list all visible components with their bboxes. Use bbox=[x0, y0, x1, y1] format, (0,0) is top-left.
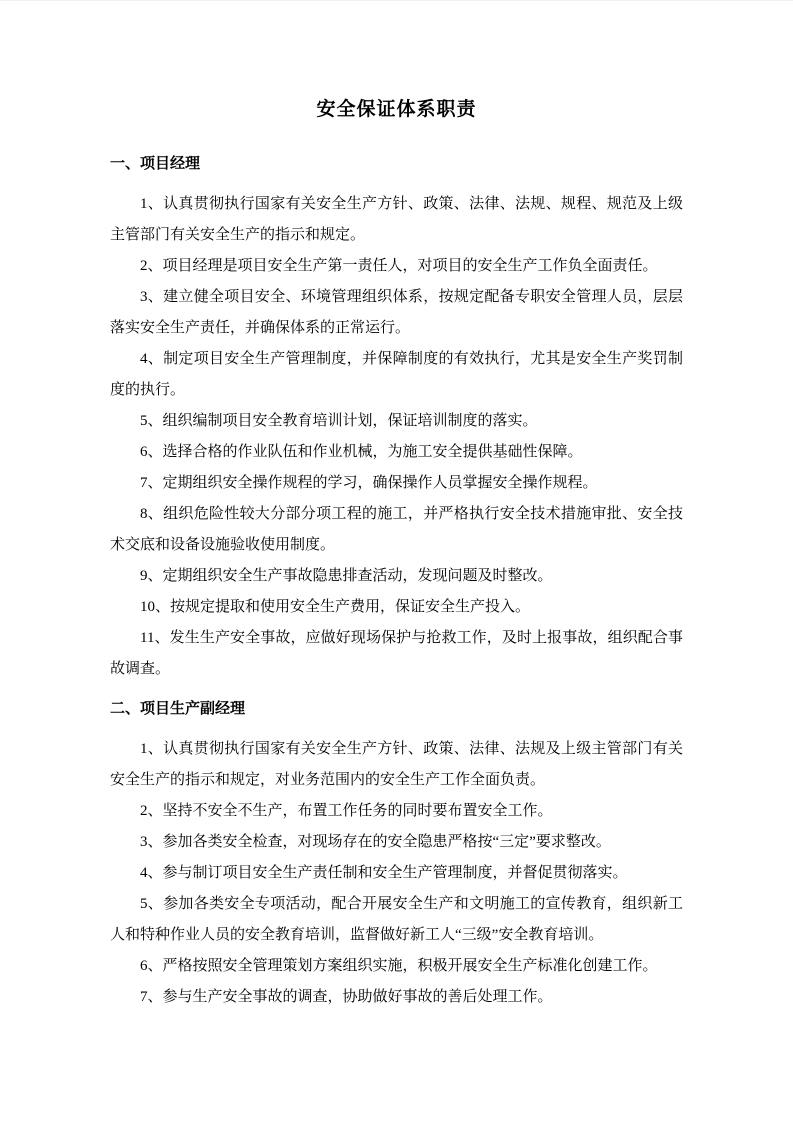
section-1-item-5: 5、组织编制项目安全教育培训计划，保证培训制度的落实。 bbox=[110, 406, 683, 437]
section-1-item-4: 4、制定项目安全生产管理制度，并保障制度的有效执行，尤其是安全生产奖罚制度的执行… bbox=[110, 344, 683, 406]
section-1-item-7: 7、定期组织安全操作规程的学习，确保操作人员掌握安全操作规程。 bbox=[110, 468, 683, 499]
section-2-item-7: 7、参与生产安全事故的调查，协助做好事故的善后处理工作。 bbox=[110, 982, 683, 1013]
section-1-item-1: 1、认真贯彻执行国家有关安全生产方针、政策、法律、法规、规程、规范及上级主管部门… bbox=[110, 189, 683, 251]
document-content: 安全保证体系职责 一、项目经理 1、认真贯彻执行国家有关安全生产方针、政策、法律… bbox=[0, 1, 793, 1013]
section-1-item-2: 2、项目经理是项目安全生产第一责任人，对项目的安全生产工作负全面责任。 bbox=[110, 251, 683, 282]
section-2-item-5: 5、参加各类安全专项活动，配合开展安全生产和文明施工的宣传教育，组织新工人和特种… bbox=[110, 889, 683, 951]
section-1-item-3: 3、建立健全项目安全、环境管理组织体系，按规定配备专职安全管理人员，层层落实安全… bbox=[110, 282, 683, 344]
section-1-item-6: 6、选择合格的作业队伍和作业机械，为施工安全提供基础性保障。 bbox=[110, 437, 683, 468]
section-2-item-6: 6、严格按照安全管理策划方案组织实施，积极开展安全生产标准化创建工作。 bbox=[110, 951, 683, 982]
section-2-item-1: 1、认真贯彻执行国家有关安全生产方针、政策、法律、法规及上级主管部门有关安全生产… bbox=[110, 734, 683, 796]
section-2-item-2: 2、坚持不安全不生产，布置工作任务的同时要布置安全工作。 bbox=[110, 796, 683, 827]
section-1-heading: 一、项目经理 bbox=[110, 149, 683, 180]
section-2-item-3: 3、参加各类安全检查，对现场存在的安全隐患严格按“三定”要求整改。 bbox=[110, 827, 683, 858]
section-1-item-9: 9、定期组织安全生产事故隐患排查活动，发现问题及时整改。 bbox=[110, 561, 683, 592]
section-1-item-8: 8、组织危险性较大分部分项工程的施工，并严格执行安全技术措施审批、安全技术交底和… bbox=[110, 499, 683, 561]
section-1-item-10: 10、按规定提取和使用安全生产费用，保证安全生产投入。 bbox=[110, 592, 683, 623]
document-page: 安全保证体系职责 一、项目经理 1、认真贯彻执行国家有关安全生产方针、政策、法律… bbox=[0, 0, 793, 1122]
section-1-item-11: 11、发生生产安全事故，应做好现场保护与抢救工作，及时上报事故，组织配合事故调查… bbox=[110, 623, 683, 685]
section-2-item-4: 4、参与制订项目安全生产责任制和安全生产管理制度，并督促贯彻落实。 bbox=[110, 858, 683, 889]
section-2-heading: 二、项目生产副经理 bbox=[110, 694, 683, 725]
document-title: 安全保证体系职责 bbox=[110, 96, 683, 123]
